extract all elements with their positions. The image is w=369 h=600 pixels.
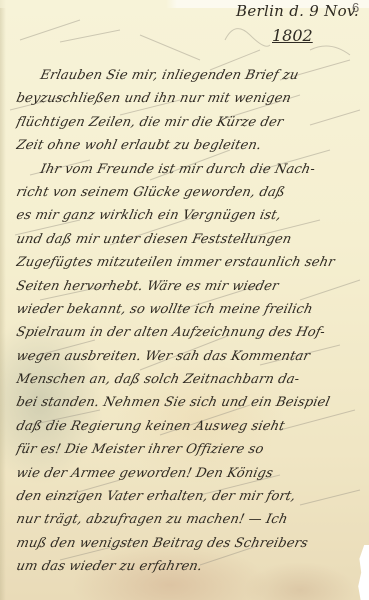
letter-line: bei standen. Nehmen Sie sich und ein Bei… [14,391,364,414]
letter-line: flüchtigen Zeilen, die mir die Kürze der [14,111,364,134]
letter-line: wie der Armee geworden! Den Königs [14,462,364,485]
letter-page: Berlin d. 9 Nov. 1802 6 Erlauben Sie mir… [0,0,369,600]
letter-line: um das wieder zu erfahren. [14,555,364,578]
letter-line: beyzuschließen und ihn nur mit wenigen [14,87,364,110]
letter-line: Ihr vom Freunde ist mir durch die Nach- [14,158,364,181]
letter-line: muß den wenigsten Beitrag des Schreibers [14,532,364,555]
letter-line: nur trägt, abzufragen zu machen! — Ich [14,508,364,531]
page-number: 6 [352,0,359,15]
letter-line: es mir ganz wirklich ein Vergnügen ist, [14,204,364,227]
letter-line: Zugefügtes mitzuteilen immer erstaunlich… [14,251,364,274]
letter-line: Spielraum in der alten Aufzeichnung des … [14,321,364,344]
letter-line: Erlauben Sie mir, inliegenden Brief zu [14,64,364,87]
letter-line: für es! Die Meister ihrer Offiziere so [14,438,364,461]
letter-line: und daß mir unter diesen Feststellungen [14,228,364,251]
letter-body: Erlauben Sie mir, inliegenden Brief zu b… [14,64,359,579]
letter-line: wegen ausbreiten. Wer sah das Kommentar [14,345,364,368]
letter-line: Menschen an, daß solch Zeitnachbarn da- [14,368,364,391]
letter-line: den einzigen Vater erhalten, der mir for… [14,485,364,508]
letter-line: wieder bekannt, so wollte ich meine frei… [14,298,364,321]
letter-line: Zeit ohne wohl erlaubt zu begleiten. [14,134,364,157]
letter-line: richt von seinem Glücke geworden, daß [14,181,364,204]
letter-year: 1802 [272,26,313,45]
letter-line: Seiten hervorhebt. Wäre es mir wieder [14,275,364,298]
letter-place-date: Berlin d. 9 Nov. [236,2,359,20]
paper-edge-shadow [0,0,6,600]
letter-line: daß die Regierung keinen Ausweg sieht [14,415,364,438]
